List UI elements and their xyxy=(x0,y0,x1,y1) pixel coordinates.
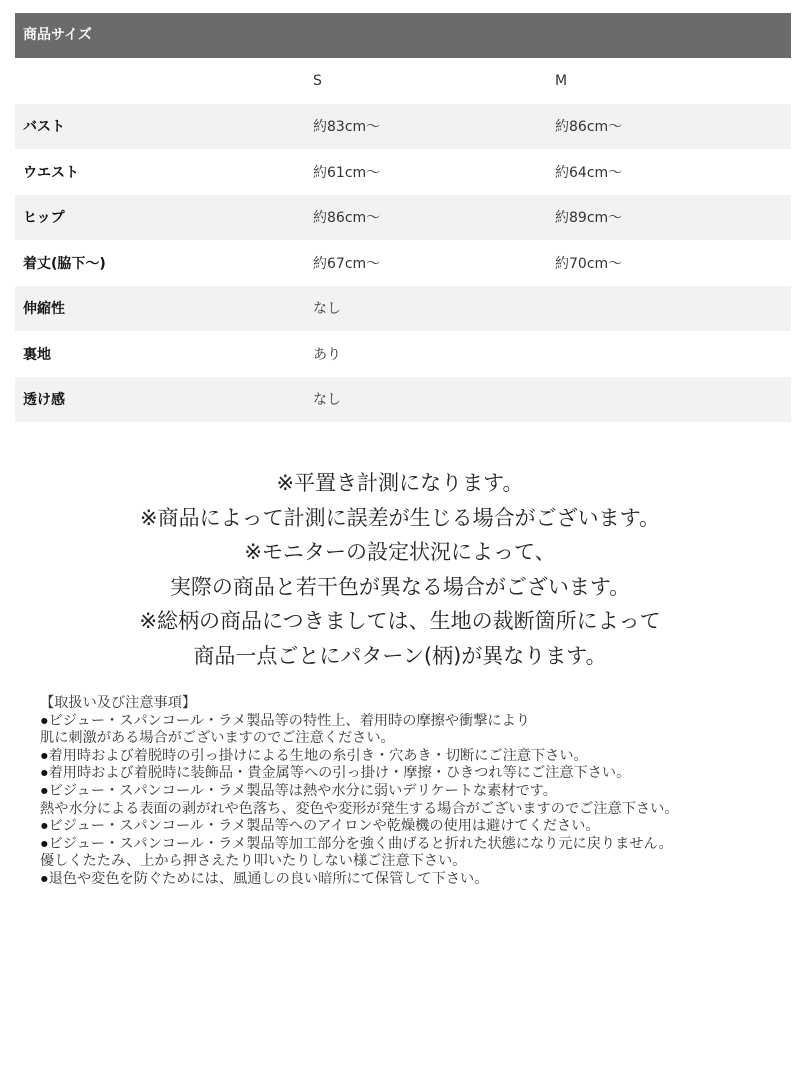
row-label: ウエスト xyxy=(15,149,313,195)
size-header-row: S M xyxy=(15,58,791,104)
table-row-stretch: 伸縮性 なし xyxy=(15,286,791,332)
care-text: 熱や水分による表面の剥がれや色落ち、変色や変形が発生する場合がございますのでご注… xyxy=(40,801,678,817)
care-line: ●退色や変色を防ぐためには、風通しの良い暗所にて保管して下さい。 xyxy=(40,871,790,889)
row-label: ヒップ xyxy=(15,195,313,241)
column-header-s: S xyxy=(313,58,555,104)
bullet-icon: ● xyxy=(40,783,49,799)
care-text: 退色や変色を防ぐためには、風通しの良い暗所にて保管して下さい。 xyxy=(49,871,489,887)
row-label: 裏地 xyxy=(15,331,313,377)
section-title: 商品サイズ xyxy=(15,13,791,58)
table-row-length: 着丈(脇下〜) 約67cm〜 約70cm〜 xyxy=(15,240,791,286)
cell-m xyxy=(555,286,791,332)
note-line: ※モニターの設定状況によって、 xyxy=(0,535,800,570)
product-size-section: 商品サイズ S M バスト 約83cm〜 約86cm〜 ウエスト 約61cm〜 … xyxy=(15,13,791,422)
bullet-icon: ● xyxy=(40,818,49,834)
row-label: 透け感 xyxy=(15,377,313,423)
measurement-notes: ※平置き計測になります。 ※商品によって計測に誤差が生じる場合がございます。 ※… xyxy=(0,466,800,673)
bullet-icon: ● xyxy=(40,836,49,852)
note-line: 商品一点ごとにパターン(柄)が異なります。 xyxy=(0,639,800,674)
care-line: 優しくたたみ、上から押さえたり叩いたりしない様ご注意下さい。 xyxy=(40,853,790,871)
table-row-bust: バスト 約83cm〜 約86cm〜 xyxy=(15,104,791,150)
table-row-waist: ウエスト 約61cm〜 約64cm〜 xyxy=(15,149,791,195)
cell-m: 約89cm〜 xyxy=(555,195,791,241)
cell-s: 約83cm〜 xyxy=(313,104,555,150)
care-title: 【取扱い及び注意事項】 xyxy=(40,695,790,713)
care-text: ビジュー・スパンコール・ラメ製品等加工部分を強く曲げると折れた状態になり元に戻り… xyxy=(49,836,673,852)
cell-m xyxy=(555,377,791,423)
care-text: 着用時および着脱時に装飾品・貴金属等への引っ掛け・摩擦・ひきつれ等にご注意下さい… xyxy=(49,765,631,781)
care-line: ●着用時および着脱時の引っ掛けによる生地の糸引き・穴あき・切断にご注意下さい。 xyxy=(40,748,790,766)
care-text: 肌に刺激がある場合がございますのでご注意ください。 xyxy=(40,730,395,746)
care-text: ビジュー・スパンコール・ラメ製品等の特性上、着用時の摩擦や衝撃により xyxy=(49,713,530,729)
care-line: 肌に刺激がある場合がございますのでご注意ください。 xyxy=(40,730,790,748)
bullet-icon: ● xyxy=(40,765,49,781)
note-line: ※商品によって計測に誤差が生じる場合がございます。 xyxy=(0,501,800,536)
note-line: ※平置き計測になります。 xyxy=(0,466,800,501)
note-line: ※総柄の商品につきましては、生地の裁断箇所によって xyxy=(0,604,800,639)
table-row-lining: 裏地 あり xyxy=(15,331,791,377)
cell-s: なし xyxy=(313,286,555,332)
cell-s: 約86cm〜 xyxy=(313,195,555,241)
column-header-label xyxy=(15,58,313,104)
cell-s: あり xyxy=(313,331,555,377)
cell-s: なし xyxy=(313,377,555,423)
cell-m: 約70cm〜 xyxy=(555,240,791,286)
row-label: バスト xyxy=(15,104,313,150)
cell-s: 約67cm〜 xyxy=(313,240,555,286)
size-table: S M バスト 約83cm〜 約86cm〜 ウエスト 約61cm〜 約64cm〜… xyxy=(15,58,791,422)
care-line: ●ビジュー・スパンコール・ラメ製品等の特性上、着用時の摩擦や衝撃により xyxy=(40,713,790,731)
care-line: ●ビジュー・スパンコール・ラメ製品等加工部分を強く曲げると折れた状態になり元に戻… xyxy=(40,836,790,854)
care-text: ビジュー・スパンコール・ラメ製品等は熱や水分に弱いデリケートな素材です。 xyxy=(49,783,557,799)
care-line: ●着用時および着脱時に装飾品・貴金属等への引っ掛け・摩擦・ひきつれ等にご注意下さ… xyxy=(40,765,790,783)
cell-m xyxy=(555,331,791,377)
bullet-icon: ● xyxy=(40,748,49,764)
cell-s: 約61cm〜 xyxy=(313,149,555,195)
table-row-sheerness: 透け感 なし xyxy=(15,377,791,423)
care-text: 優しくたたみ、上から押さえたり叩いたりしない様ご注意下さい。 xyxy=(40,853,466,869)
bullet-icon: ● xyxy=(40,713,49,729)
care-text: 着用時および着脱時の引っ掛けによる生地の糸引き・穴あき・切断にご注意下さい。 xyxy=(49,748,588,764)
care-line: 熱や水分による表面の剥がれや色落ち、変色や変形が発生する場合がございますのでご注… xyxy=(40,801,790,819)
cell-m: 約86cm〜 xyxy=(555,104,791,150)
column-header-m: M xyxy=(555,58,791,104)
care-text: ビジュー・スパンコール・ラメ製品等へのアイロンや乾燥機の使用は避けてください。 xyxy=(49,818,600,834)
care-instructions: 【取扱い及び注意事項】 ●ビジュー・スパンコール・ラメ製品等の特性上、着用時の摩… xyxy=(40,695,790,889)
care-line: ●ビジュー・スパンコール・ラメ製品等は熱や水分に弱いデリケートな素材です。 xyxy=(40,783,790,801)
row-label: 伸縮性 xyxy=(15,286,313,332)
care-line: ●ビジュー・スパンコール・ラメ製品等へのアイロンや乾燥機の使用は避けてください。 xyxy=(40,818,790,836)
table-row-hip: ヒップ 約86cm〜 約89cm〜 xyxy=(15,195,791,241)
cell-m: 約64cm〜 xyxy=(555,149,791,195)
bullet-icon: ● xyxy=(40,871,49,887)
note-line: 実際の商品と若干色が異なる場合がございます。 xyxy=(0,570,800,605)
row-label: 着丈(脇下〜) xyxy=(15,240,313,286)
